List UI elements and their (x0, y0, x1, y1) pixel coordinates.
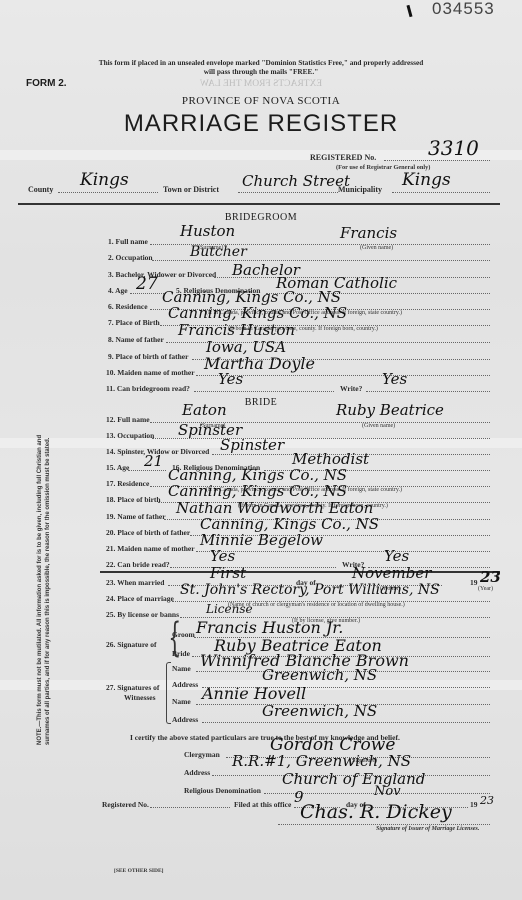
license-or-banns: License (206, 603, 253, 615)
field-label-26: 26. Signature of (106, 640, 157, 649)
groom-sig-label: Groom (172, 630, 195, 639)
clergyman-label: Clergyman (184, 750, 220, 759)
field-label-13: 13. Occupation (106, 431, 154, 440)
groom-occupation: Butcher (190, 245, 247, 259)
groom-father-name: Francis Huston (178, 323, 295, 338)
field-label-6: 6. Residence (108, 302, 148, 311)
witness2-name: Annie Hovell (202, 686, 306, 702)
field-label-7: 7. Place of Birth (108, 318, 160, 327)
groom-signature: Francis Huston Jr. (196, 620, 343, 636)
witness1-name-label: Name (172, 664, 191, 673)
filed-year: 23 (480, 795, 494, 806)
bride-marital-status: Spinster (220, 438, 284, 453)
bride-father-birthplace: Canning, Kings Co., NS (200, 517, 379, 532)
clergyman-address-label: Address (184, 768, 210, 777)
municipality-label: Municipality (338, 185, 382, 194)
see-other-side: [SEE OTHER SIDE] (114, 868, 164, 874)
bridegroom-section-title: BRIDEGROOM (0, 212, 522, 223)
field-label-3: 3. Bachelor, Widower or Divorced (108, 270, 216, 279)
registered-no-value: 3310 (428, 138, 479, 158)
town-value: Church Street (242, 174, 350, 189)
marriage-year: 23 (480, 570, 501, 585)
mail-notice-line2: will pass through the mails "FREE." (0, 67, 522, 76)
groom-can-read: Yes (218, 372, 243, 387)
field-label-2: 2. Occupation (108, 253, 153, 262)
issuer-caption: Signature of Issuer of Marriage Licenses… (376, 826, 479, 832)
marriage-place: St. John's Rectory, Port Williams, NS (180, 583, 440, 597)
groom-can-write: Yes (382, 372, 407, 387)
margin-note-line1: NOTE.—This form must not be mutilated. A… (37, 435, 43, 745)
field-label-22: 22. Can bride read? (106, 560, 170, 569)
field-label-17: 17. Residence (106, 479, 149, 488)
bride-can-read: Yes (210, 549, 235, 564)
write-label: Write? (340, 384, 362, 393)
bride-father-name: Nathan Woodworth Eaton (176, 501, 373, 516)
issuer-signature: Chas. R. Dickey (300, 803, 452, 822)
town-label: Town or District (163, 185, 219, 194)
municipality-value: Kings (402, 172, 451, 189)
witness1-address: Greenwich, NS (262, 668, 377, 683)
field-label-4: 4. Age (108, 286, 128, 295)
groom-father-birthplace: Iowa, USA (206, 340, 286, 355)
bride-can-write: Yes (384, 549, 409, 564)
bride-denomination: Methodist (292, 452, 369, 467)
witness2-address: Greenwich, NS (262, 704, 377, 719)
ink-mark (406, 5, 412, 17)
bride-mother-maiden-name: Minnie Begelow (200, 533, 323, 548)
given-name-hint: (Given name) (362, 423, 395, 429)
bride-birthplace: Canning, Kings Co., NS (168, 484, 347, 499)
groom-age: 27 (136, 276, 158, 293)
field-label-27: 27. Signatures of (106, 683, 159, 692)
marriage-month: November (352, 566, 431, 581)
filed-year-prefix: 19 (470, 800, 478, 809)
witness2-name-label: Name (172, 697, 191, 706)
marriage-day: First (210, 566, 246, 581)
filed-label: Filed at this office (234, 800, 291, 809)
groom-given-name: Francis (340, 226, 397, 241)
given-name-hint: (Given name) (360, 245, 393, 251)
show-through-text: EXTRACTS FROM THE LAW (0, 79, 522, 89)
field-label-1: 1. Full name (108, 237, 148, 246)
registered-no-label: REGISTERED No. (310, 153, 376, 162)
year-hint: (Year) (478, 586, 493, 592)
witnesses-label: Witnesses (124, 693, 156, 702)
county-value: Kings (80, 172, 129, 189)
witness2-address-label: Address (172, 715, 198, 724)
registered-no-footer-label: Registered No. (102, 800, 149, 809)
bride-given-name: Ruby Beatrice (336, 403, 444, 418)
divider (100, 571, 500, 573)
margin-note-line2: surnames of all parties, and if for any … (45, 438, 51, 745)
field-label-11: 11. Can bridegroom read? (106, 384, 190, 393)
field-label-24: 24. Place of marriage (106, 594, 174, 603)
field-label-23: 23. When married (106, 578, 164, 587)
field-label-21: 21. Maiden name of mother (106, 544, 195, 553)
field-label-18: 18. Place of birth (106, 495, 161, 504)
document-page: 034553 This form if placed in an unseale… (0, 0, 522, 900)
denomination-label: Religious Denomination (184, 786, 261, 795)
clergyman-address: R.R.#1, Greenwich, NS (232, 754, 411, 769)
field-label-8: 8. Name of father (108, 335, 164, 344)
bride-sig-label: Bride (172, 649, 190, 658)
province-title: PROVINCE OF NOVA SCOTIA (0, 95, 522, 107)
field-label-10: 10. Maiden name of mother (106, 368, 195, 377)
field-label-12: 12. Full name (106, 415, 150, 424)
witness-bracket (166, 662, 171, 724)
place-hint: (Name of church or clergyman's residence… (228, 602, 405, 608)
clergyman-denomination: Church of England (282, 772, 425, 787)
field-label-9: 9. Place of birth of father (108, 352, 188, 361)
divider (18, 203, 500, 205)
document-number: 034553 (432, 0, 495, 19)
year-prefix: 19 (470, 578, 478, 587)
filed-month: Nov (374, 785, 401, 798)
witness1-address-label: Address (172, 680, 198, 689)
field-label-19: 19. Name of father (106, 512, 166, 521)
bride-age: 21 (144, 454, 163, 469)
page-title: MARRIAGE REGISTER (0, 110, 522, 138)
groom-birthplace: Canning, Kings Co., NS (168, 306, 347, 321)
groom-surname: Huston (180, 224, 235, 239)
mail-notice-line1: This form if placed in an unsealed envel… (0, 58, 522, 67)
field-label-20: 20. Place of birth of father (106, 528, 190, 537)
bride-surname: Eaton (182, 403, 227, 418)
field-label-15: 15. Age (106, 463, 129, 472)
county-label: County (28, 185, 53, 194)
groom-residence: Canning, Kings Co., NS (162, 290, 341, 305)
bride-residence: Canning, Kings Co., NS (168, 468, 347, 483)
